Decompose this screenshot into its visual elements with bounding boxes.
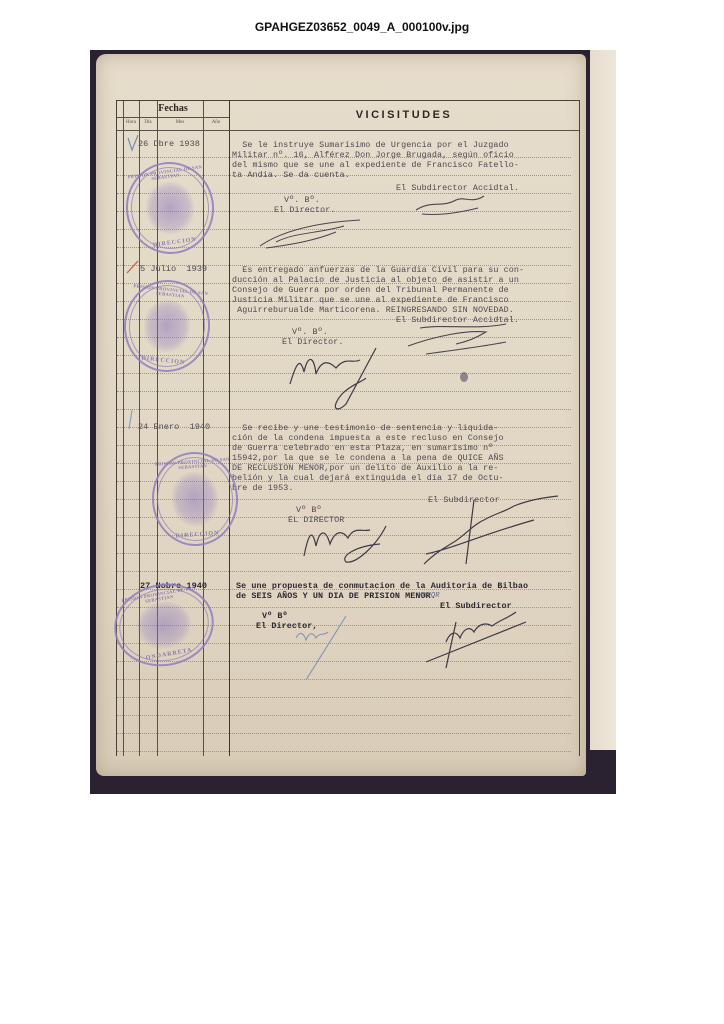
scanned-document: Fechas Hora Día Mes Año VICISITUDES <box>90 50 616 794</box>
signature-director <box>286 344 396 414</box>
director-label: El Director. <box>274 205 336 215</box>
checkmark-icon <box>126 134 140 152</box>
signature-subdirector <box>412 190 492 220</box>
vo-bo-label: Vº. Bº. <box>284 195 320 205</box>
signature-director <box>286 614 366 684</box>
header-ano: Año <box>203 120 229 125</box>
entry-date: 5 Julio 1939 <box>140 264 207 274</box>
official-stamp: PRISION PROVINCIAL DE SAN SEBASTIAN DIRE… <box>149 449 241 549</box>
signature-director <box>256 218 366 250</box>
header-hora: Hora <box>123 120 139 125</box>
checkmark-icon <box>126 409 136 431</box>
header-fechas: Fechas <box>117 103 229 114</box>
header-mes: Mes <box>157 120 203 125</box>
ink-blot <box>460 372 468 382</box>
header-vicisitudes: VICISITUDES <box>229 109 579 121</box>
handwritten-note: MAYOR <box>418 591 440 601</box>
entry-date: 26 Dbre 1938 <box>138 139 200 149</box>
header-divider <box>117 117 229 118</box>
column-divider <box>123 101 124 756</box>
signature-subdirector <box>414 494 564 574</box>
signature-director <box>296 516 416 566</box>
entry-date: 24 Enero 1940 <box>138 422 210 432</box>
header-dia: Día <box>139 120 157 125</box>
column-divider <box>229 101 230 756</box>
prison-record-sheet: Fechas Hora Día Mes Año VICISITUDES <box>96 54 586 776</box>
vo-bo-label: Vº Bº <box>262 611 288 621</box>
vo-bo-label: Vº Bº <box>296 505 322 515</box>
signature-subdirector <box>416 602 536 672</box>
file-title: GPAHGEZ03652_0049_A_000100v.jpg <box>0 20 724 34</box>
adjacent-page-strip <box>590 50 616 750</box>
checkmark-icon <box>126 259 140 279</box>
vo-bo-label: Vº. Bº. <box>292 327 328 337</box>
header-divider <box>117 130 579 131</box>
signature-subdirector <box>406 320 516 360</box>
